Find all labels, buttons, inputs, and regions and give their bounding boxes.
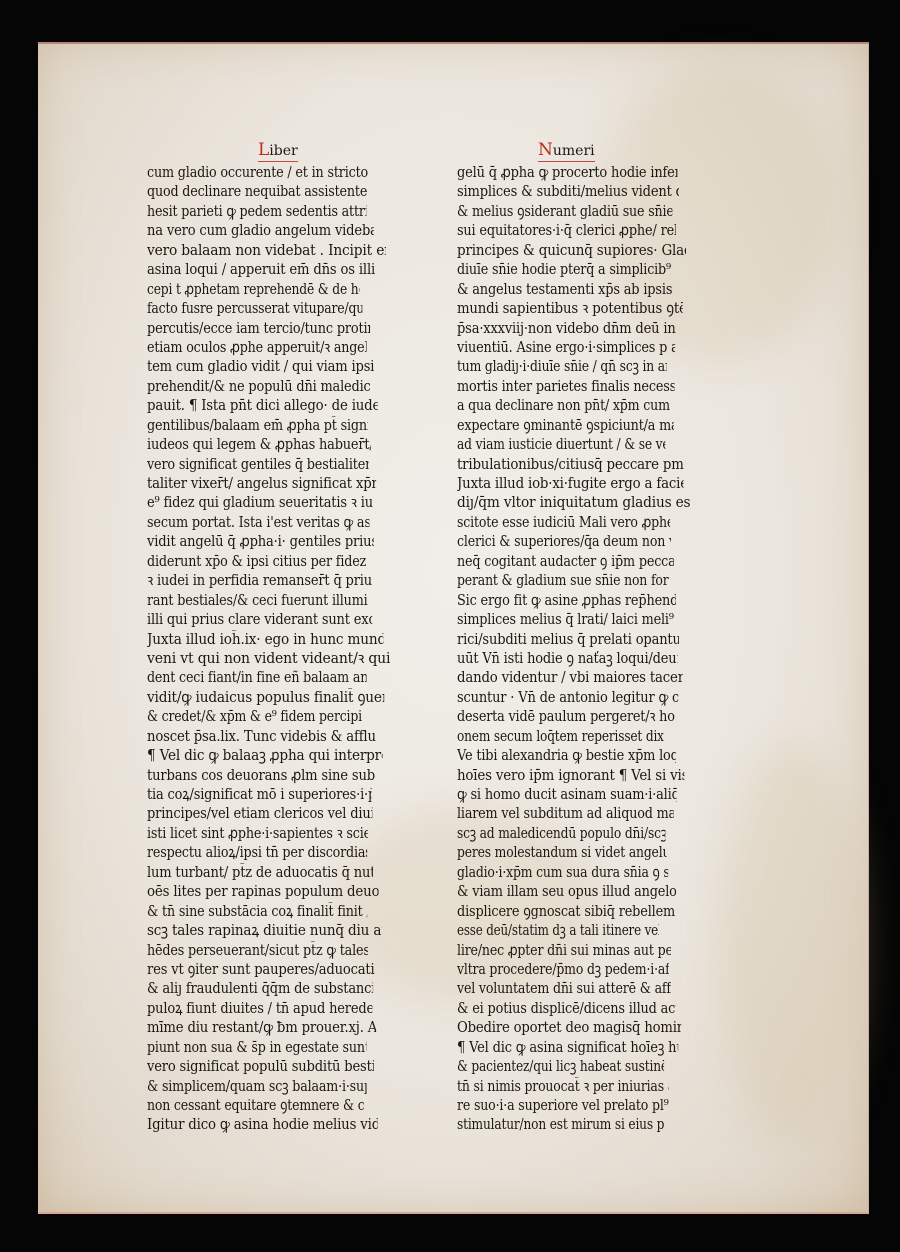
text-line: & simplicem/quam scꝫ balaam·i·supiores/ <box>147 1077 366 1096</box>
text-line: simplices & subditi/melius vident deum <box>457 182 679 201</box>
text-line: tia coꝝ/significat mō i superiores·i·p̄l… <box>147 785 372 804</box>
text-line: & tn̄ sine substācia coꝝ finalit̄ finit … <box>147 902 367 921</box>
text-line: & ei potius displicē/dicens illud actu.i… <box>457 999 676 1018</box>
text-column-left: cum gladio occurente / et in stricto q̄d… <box>147 163 407 1135</box>
text-line: veni vt qui non vident videant/ꝛ qui vi <box>147 649 390 668</box>
text-line: illi qui prius clare viderant sunt excec… <box>147 610 372 629</box>
text-line: stimulatur/non est mirum si eius pacient… <box>457 1115 664 1134</box>
text-line: tribulationibus/citiusq̄ peccare pmittūt <box>457 455 684 474</box>
text-line: scitote esse iudiciū Mali vero ꝓphe·i·ma… <box>457 513 670 532</box>
text-line: e⁹ fidez qui gladium seueritatis ꝛ iusti… <box>147 493 372 512</box>
text-line: Juxta illud iob·xi·fugite ergo a facie g… <box>457 474 684 493</box>
text-line: diȷ/q̄m vltor iniquitatum gladius est & <box>457 493 690 512</box>
text-line: tum gladiȷ·i·diuīe sn̄ie / qn̄ scꝫ in ar… <box>457 357 667 376</box>
text-line: hoīes vero ip̄m ignorant ¶ Vel si vis di… <box>457 766 684 785</box>
text-line: iudeos qui legem & ꝓphas habuer̄t/asina <box>147 435 371 454</box>
text-line: na vero cum gladio angelum videbat/ip̄e <box>147 221 374 240</box>
text-line: hesit parieti ꝙ pedem sedentis attriuit/… <box>147 202 366 221</box>
text-line: principes/vel etiam clericos vel diuites… <box>147 804 372 823</box>
text-line: principes & quicunq̄ supiores· Gladius <box>457 241 686 260</box>
text-line: scuntur · Vn̄ de antonio legitur ꝙ cum p <box>457 688 678 707</box>
text-line: respectu alioꝝ/ipsi tn̄ per discordias p… <box>147 843 367 862</box>
text-line: quod declinare nequibat assistente tm̄ a… <box>147 182 367 201</box>
text-line: peres molestandum si videt angelum cum <box>457 843 667 862</box>
rubricated-initial: N <box>538 140 553 160</box>
text-line: vel voluntatem dn̄i sui atterē & affrica… <box>457 979 671 998</box>
text-line: res vt ꝯiter sunt pauperes/aduocati vero <box>147 960 375 979</box>
text-line: piunt non sua & s̄p in egestate sunt/asi… <box>147 1038 366 1057</box>
text-line: re suo·i·a superiore vel prelato pl⁹ deb… <box>457 1096 671 1115</box>
text-line: cum gladio occurente / et in stricto q̄d… <box>147 163 368 182</box>
text-line: Obedire oportet deo magisq̄ hominibus <box>457 1018 681 1037</box>
text-line: rant bestiales/& ceci fuerunt illuminati… <box>147 591 368 610</box>
text-line: clerici & superiores/q̄a deum non vident… <box>457 532 671 551</box>
text-line: oēs lites per rapinas populum deuorant <box>147 882 379 901</box>
text-column-right: gelū q̄ ꝓpha ꝙ procerto hodie inferiores… <box>457 163 712 1135</box>
text-line: tn̄ si nimis prouocat̄ ꝛ per iniurias a … <box>457 1077 669 1096</box>
text-line: gladio·i·xp̄m cum sua dura sn̄ia ꝯ se st… <box>457 863 668 882</box>
text-line: vero significat gentiles q̄ bestialiter … <box>147 455 369 474</box>
text-line: turbans cos deuorans ꝓlm sine substan: <box>147 766 375 785</box>
text-line: ¶ Vel dic ꝙ asina significat hoīeꝫ hūile… <box>457 1038 678 1057</box>
text-line: vltra procedere/p̄mo dꝫ pedem·i·affectum <box>457 960 669 979</box>
text-line: hēdes perseuerant/sicut pt̄z ꝙ tales rap… <box>147 941 368 960</box>
text-line: scꝫ tales rapinaꝝ diuitie nunq̄ diu apud <box>147 921 382 940</box>
text-line: ꝛ iudei in perfidia remanser̄t q̄ prius … <box>147 571 372 590</box>
rubricated-initial: L <box>258 140 269 160</box>
text-line: p̄sa·xxxviij·non videbo dn̄m deū in terr… <box>457 319 679 338</box>
text-line: dent ceci fiant/in fine eñ balaam angelu… <box>147 668 366 687</box>
text-line: ꝙ si homo ducit asinam suam·i·aliq̄ fami <box>457 785 677 804</box>
text-line: lum turbant/ pt̄z de aduocatis q̄ nutriu… <box>147 863 373 882</box>
text-line: mīme diu restant/ꝙ ƀm prouer.xj. Aliȷ ra <box>147 1018 376 1037</box>
running-head-text: umeri <box>553 143 595 159</box>
text-line: & pacientez/qui licꝫ habeat sustinē & ꝺc… <box>457 1057 664 1076</box>
text-line: asina loqui / apperuit em̄ dn̄s os illiu… <box>147 260 375 279</box>
text-line: & credet/& xp̄m & e⁹ fidem percipiet & ꝯ… <box>147 707 362 726</box>
text-line: secum portat. Ista i'est veritas ꝙ asina… <box>147 513 369 532</box>
text-line: mundi sapientibus ꝛ potentibus ꝯtēplat̄ <box>457 299 683 318</box>
text-line: gentilibus/balaam em̄ ꝓpha pt̄ significa… <box>147 416 368 435</box>
text-line: rici/subditi melius q̄ prelati opantur ꝛ… <box>457 630 679 649</box>
text-line: esse deū/statim dꝫ a tali itinere vel op… <box>457 921 659 940</box>
text-line: isti licet sint ꝓphe·i·sapientes ꝛ scien… <box>147 824 368 843</box>
text-line: & melius ꝯsiderant gladiū sue sn̄ie/q̄ i… <box>457 202 672 221</box>
text-line: vidit angelū q̄ ꝓpha·i· gentiles prius c… <box>147 532 374 551</box>
text-line: scꝫ ad maledicendū populo dn̄i/scꝫ ad pa… <box>457 824 665 843</box>
running-head-text: iber <box>269 143 297 159</box>
text-line: & aliȷ fraudulenti q̄q̄m de substancia p… <box>147 979 373 998</box>
text-line: etiam oculos ꝓphe apperuit/ꝛ angelū stan <box>147 338 366 357</box>
text-line: Juxta illud ioh̄.ix· ego in hunc mundum <box>147 630 383 649</box>
text-line: displicere ꝯgnoscat sibiq̄ rebellem·i·ꝯr… <box>457 902 676 921</box>
text-line: sui equitatores·i·q̄ clerici ꝓphe/ relig… <box>457 221 676 240</box>
text-line: tem cum gladio vidit / qui viam ipsius r… <box>147 357 374 376</box>
text-line: perant & gladium sue sn̄ie non formidant <box>457 571 669 590</box>
text-line: ¶ Vel dic ꝙ balaaꝫ ꝓpha qui interpretat̄ <box>147 746 383 765</box>
text-line: Sic ergo fit ꝙ asine ꝓphas rep̄hendūt/dū <box>457 591 676 610</box>
text-line: Igitur dico ꝙ asina hodie melius vidꝫ an <box>147 1115 378 1134</box>
text-line: non cessant equitare ꝯtemnere & calcare· <box>147 1096 364 1115</box>
text-line: mortis inter parietes finalis necessitat… <box>457 377 674 396</box>
text-line: uūt Vn̄ isti hodie ꝯ naťaꝫ loqui/deum la… <box>457 649 677 668</box>
text-line: & viam illam seu opus illud angelo·i·deo <box>457 882 676 901</box>
text-line: neq̄ cogitant audacter ꝯ ip̄m peccando ꝓ <box>457 552 674 571</box>
text-line: dando videntur / vbi maiores tacere no <box>457 668 683 687</box>
text-line: & angelus testamenti xp̄s ab ipsis non a <box>457 280 677 299</box>
text-line: gelū q̄ ꝓpha ꝙ procerto hodie inferiores <box>457 163 677 182</box>
text-line: onem secum loq̄tem reperisset dixisse fe… <box>457 727 663 746</box>
text-line: diuīe sn̄ie hodie pterq̄ a simplicib⁹ ti… <box>457 260 673 279</box>
text-line: lire/nec ꝓpter dn̄i sui minas aut penas … <box>457 941 671 960</box>
text-line: viuentiū. Asine ergo·i·simplices p aspec… <box>457 338 675 357</box>
text-line: cepi t ꝓphetam reprehendē & de hoc ipsaꝫ <box>147 280 360 299</box>
running-head-right: Numeri <box>538 140 595 162</box>
text-line: pauit. ¶ Ista pn̄t dici allego· de iudei… <box>147 396 378 415</box>
text-line: vero significat populū subditū bestialem <box>147 1057 374 1076</box>
text-line: liarem vel subditum ad aliquod malū op⁹ <box>457 804 674 823</box>
paper-stain <box>718 744 868 1144</box>
text-line: noscet p̄sa.lix. Tunc videbis & afflues.… <box>147 727 376 746</box>
text-line: puloꝝ fiunt diuites / tn̄ apud heredes c… <box>147 999 372 1018</box>
text-line: vero balaam non videbat . Incipit ergo <box>147 241 386 260</box>
text-line: expectare ꝯminantē ꝯspiciunt/a mala via <box>457 416 674 435</box>
text-line: taliter vixer̄t/ angelus significat xp̄m… <box>147 474 376 493</box>
text-line: vidit/ꝙ iudaicus populus finalit̄ ꝯuerte… <box>147 688 384 707</box>
text-line: prehendit/& ne populū dn̄i maledicēt im: <box>147 377 371 396</box>
text-line: percutis/ecce iam tercio/tunc protin⁹ dn… <box>147 319 370 338</box>
text-line: simplices melius q̄ lrati/ laici meli⁹ q… <box>457 610 674 629</box>
running-head-left: Liber <box>258 140 298 162</box>
text-line: diderunt xp̄o & ipsi citius per fidez vi… <box>147 552 368 571</box>
text-line: ad viam iusticie diuertunt / & se verber… <box>457 435 665 454</box>
text-line: deserta vidē paulum pergeret/ꝛ homunti <box>457 707 674 726</box>
text-line: a qua declinare non pn̄t/ xp̄m cum gladi… <box>457 396 671 415</box>
text-line: facto fusre percusserat vituparе/quare m… <box>147 299 362 318</box>
text-line: Ve tibi alexandria ꝙ bestie xp̄m loquunt… <box>457 746 676 765</box>
